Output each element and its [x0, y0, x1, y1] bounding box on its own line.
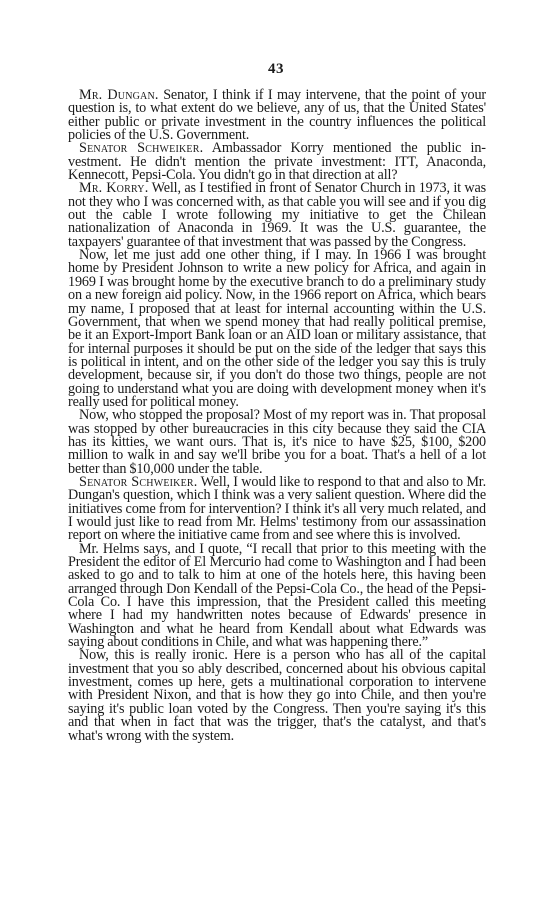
- paragraph-text: Mr. Helms says, and I quote, “I recall t…: [68, 541, 486, 650]
- page-number: 43: [0, 61, 552, 78]
- paragraph-korry-proposal-stopped: Now, who stopped the proposal? Most of m…: [68, 409, 486, 476]
- paragraph-text: Now, let me just add one other thing, if…: [68, 247, 486, 410]
- paragraph-schweiker-private-investment: Senator Schweiker. Ambassador Korry ment…: [68, 142, 486, 182]
- paragraph-schweiker-initiatives: Senator Schweiker. Well, I would like to…: [68, 476, 486, 543]
- paragraph-korry-africa-policy: Now, let me just add one other thing, if…: [68, 249, 486, 409]
- paragraph-helms-quote: Mr. Helms says, and I quote, “I recall t…: [68, 543, 486, 650]
- paragraph-dungan-question: Mr. Dungan. Senator, I think if I may in…: [68, 89, 486, 142]
- paragraph-schweiker-ironic: Now, this is really ironic. Here is a pe…: [68, 649, 486, 742]
- transcript-body: Mr. Dungan. Senator, I think if I may in…: [68, 89, 486, 743]
- paragraph-korry-testimony: Mr. Korry. Well, as I testified in front…: [68, 182, 486, 249]
- paragraph-text: Now, who stopped the proposal? Most of m…: [68, 407, 486, 476]
- paragraph-text: Now, this is really ironic. Here is a pe…: [68, 647, 486, 743]
